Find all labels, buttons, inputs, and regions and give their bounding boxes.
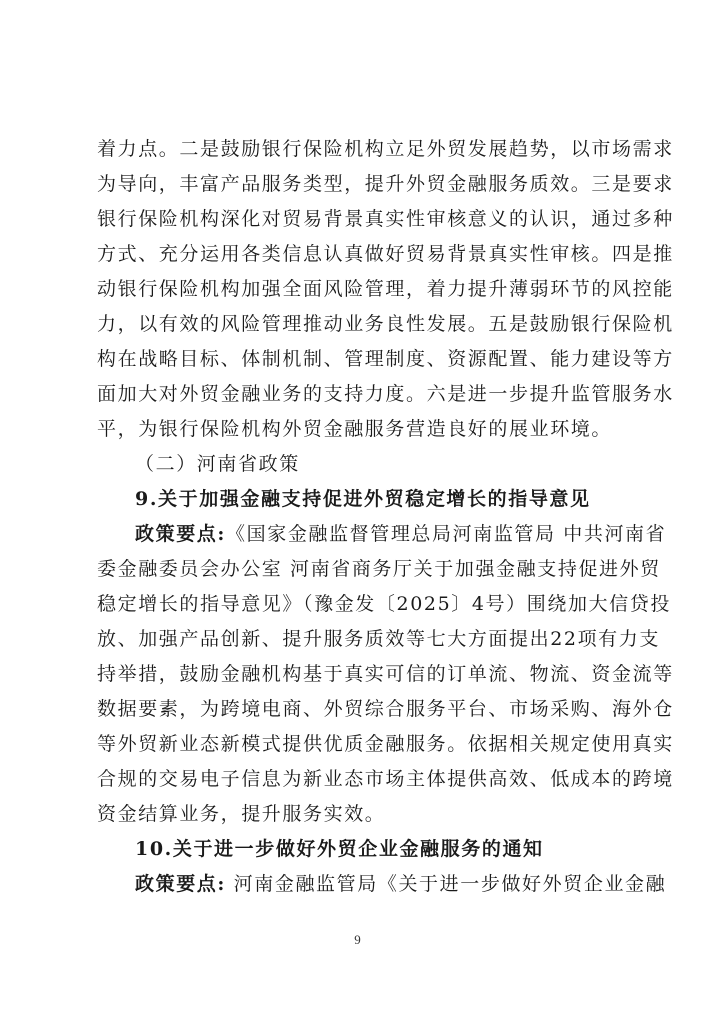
item9-first-line: 政策要点:《国家金融监督管理总局河南监管局 中共河南省 (135, 517, 621, 552)
paragraph-line: 着力点。二是鼓励银行保险机构立足外贸发展趋势，以市场需求 (97, 132, 621, 167)
paragraph-line: 合规的交易电子信息为新业态市场主体提供高效、低成本的跨境 (97, 762, 621, 797)
paragraph-line: 等外贸新业态新模式提供优质金融服务。依据相关规定使用真实 (97, 727, 621, 762)
item9-title: 9.关于加强金融支持促进外贸稳定增长的指导意见 (135, 482, 621, 517)
paragraph-line: 银行保险机构深化对贸易背景真实性审核意义的认识，通过多种 (97, 202, 621, 237)
item10-first-line: 政策要点: 河南金融监管局《关于进一步做好外贸企业金融 (135, 867, 621, 902)
paragraph-line: 委金融委员会办公室 河南省商务厅关于加强金融支持促进外贸 (97, 552, 621, 587)
paragraph-line: 平，为银行保险机构外贸金融服务营造良好的展业环境。 (97, 412, 621, 447)
paragraph-line: 持举措，鼓励金融机构基于真实可信的订单流、物流、资金流等 (97, 657, 621, 692)
document-page: 着力点。二是鼓励银行保险机构立足外贸发展趋势，以市场需求 为导向，丰富产品服务类… (0, 0, 715, 1011)
paragraph-line: 动银行保险机构加强全面风险管理，着力提升薄弱环节的风控能 (97, 272, 621, 307)
paragraph-line: 稳定增长的指导意见》（豫金发〔2025〕4号）围绕加大信贷投 (97, 587, 621, 622)
policy-points-label: 政策要点: (135, 873, 226, 895)
paragraph-line: 为导向，丰富产品服务类型，提升外贸金融服务质效。三是要求 (97, 167, 621, 202)
item10-title: 10.关于进一步做好外贸企业金融服务的通知 (135, 832, 621, 867)
paragraph-line: 方式、充分运用各类信息认真做好贸易背景真实性审核。四是推 (97, 237, 621, 272)
page-number: 9 (0, 932, 715, 948)
paragraph-line: 构在战略目标、体制机制、管理制度、资源配置、能力建设等方 (97, 342, 621, 377)
paragraph-line: 力，以有效的风险管理推动业务良性发展。五是鼓励银行保险机 (97, 307, 621, 342)
paragraph-line: 放、加强产品创新、提升服务质效等七大方面提出22项有力支 (97, 622, 621, 657)
paragraph-line: 数据要素，为跨境电商、外贸综合服务平台、市场采购、海外仓 (97, 692, 621, 727)
paragraph-line: 面加大对外贸金融业务的支持力度。六是进一步提升监管服务水 (97, 377, 621, 412)
item9-first-line-text: 《国家金融监督管理总局河南监管局 中共河南省 (226, 523, 666, 545)
item10-first-line-text: 河南金融监管局《关于进一步做好外贸企业金融 (226, 873, 666, 895)
section-heading: （二）河南省政策 (135, 447, 621, 482)
policy-points-label: 政策要点: (135, 523, 226, 545)
paragraph-line: 资金结算业务，提升服务实效。 (97, 797, 621, 832)
